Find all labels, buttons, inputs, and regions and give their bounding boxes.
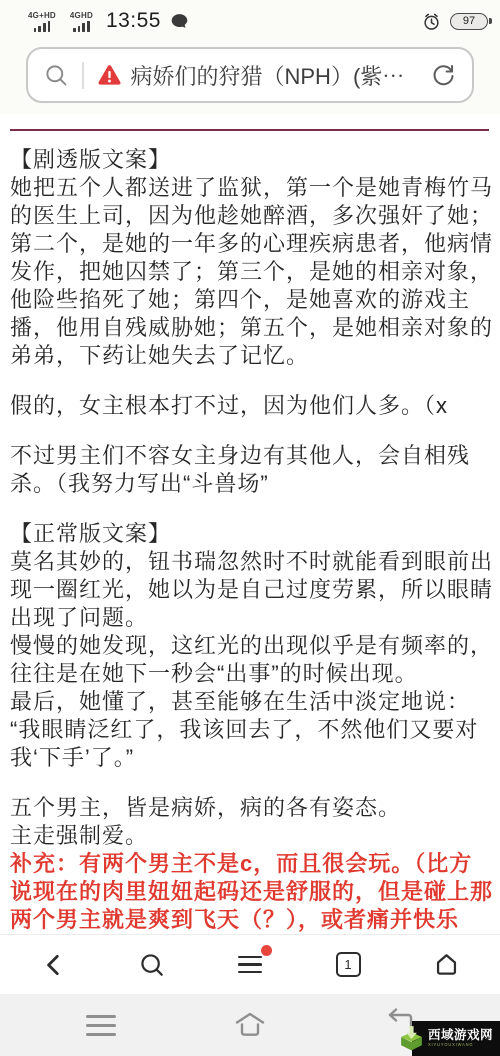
page-content: 【剧透版文案】 她把五个人都送进了监狱，第一个是她青梅竹马 的医生上司，因为他趁… [10, 146, 496, 934]
tab-count: 1 [344, 957, 351, 972]
status-bar: 4G+HD 4GHD 13:55 97 [0, 0, 500, 42]
watermark-subtext: XIYUYOUXIWANG [428, 1043, 477, 1048]
battery-indicator: 97 [450, 13, 488, 30]
refresh-icon[interactable] [430, 62, 457, 89]
signal-indicator-1: 4G+HD [28, 11, 56, 32]
menu-icon [86, 1015, 116, 1036]
search-icon [138, 951, 166, 979]
notification-dot [261, 945, 272, 956]
back-chevron-icon [41, 952, 67, 978]
supplement-red-paragraph: 补充：有两个男主不是c，而且很会玩。（比方 说现在的肉里妞妞起码还是舒服的，但是… [10, 850, 496, 934]
address-bar[interactable]: 病娇们的狩猎（NPH）(紫⋯ [26, 47, 474, 103]
home-button[interactable] [424, 943, 468, 987]
author-note-paragraph: 不过男主们不容女主身边有其他人，会自相残 杀。（我努力写出“斗兽场” [10, 442, 496, 498]
watermark-title: 西域游戏网 [428, 1028, 500, 1042]
menu-button[interactable] [228, 943, 272, 987]
signal-bars-icon [73, 21, 89, 32]
url-bar-area: 病娇们的狩猎（NPH）(紫⋯ [0, 42, 500, 114]
alarm-clock-icon [422, 12, 441, 31]
spoiler-synopsis-paragraph: 【剧透版文案】 她把五个人都送进了监狱，第一个是她青梅竹马 的医生上司，因为他趁… [10, 146, 496, 370]
search-icon [43, 62, 70, 89]
search-button[interactable] [130, 943, 174, 987]
network-type-label: 4GHD [70, 11, 93, 20]
author-note-paragraph: 假的，女主根本打不过，因为他们人多。（x [10, 392, 496, 420]
normal-synopsis-paragraph: 【正常版文案】 莫名其妙的，钮书瑞忽然时不时就能看到眼前出 现一圈红光，她以为是… [10, 520, 496, 772]
security-warning-icon[interactable] [97, 64, 122, 87]
signal-indicator-2: 4GHD [70, 11, 93, 32]
clock-time: 13:55 [106, 9, 161, 33]
watermark-badge: 西域游戏网 XIYUYOUXIWANG [412, 1021, 500, 1056]
recent-apps-button[interactable] [78, 1002, 124, 1048]
tabs-button[interactable]: 1 [326, 943, 370, 987]
download-box-icon [397, 1024, 426, 1056]
home-icon [433, 951, 460, 978]
tags-paragraph: 五个男主，皆是病娇，病的各有姿态。 主走强制爱。 [10, 794, 496, 850]
browser-toolbar: 1 [0, 934, 500, 994]
battery-level: 97 [463, 15, 475, 27]
divider [82, 62, 84, 89]
tab-count-icon: 1 [336, 952, 361, 977]
network-type-label: 4G+HD [28, 11, 56, 20]
home-button-system[interactable] [227, 1002, 273, 1048]
back-button[interactable] [32, 943, 76, 987]
page-divider-line [10, 129, 489, 131]
page-title[interactable]: 病娇们的狩猎（NPH）(紫⋯ [131, 60, 431, 91]
message-bubble-icon [170, 12, 189, 31]
home-icon [230, 1009, 270, 1041]
menu-icon [238, 956, 262, 974]
signal-bars-icon [34, 21, 50, 32]
browser-screen: 4G+HD 4GHD 13:55 97 [0, 0, 500, 1056]
